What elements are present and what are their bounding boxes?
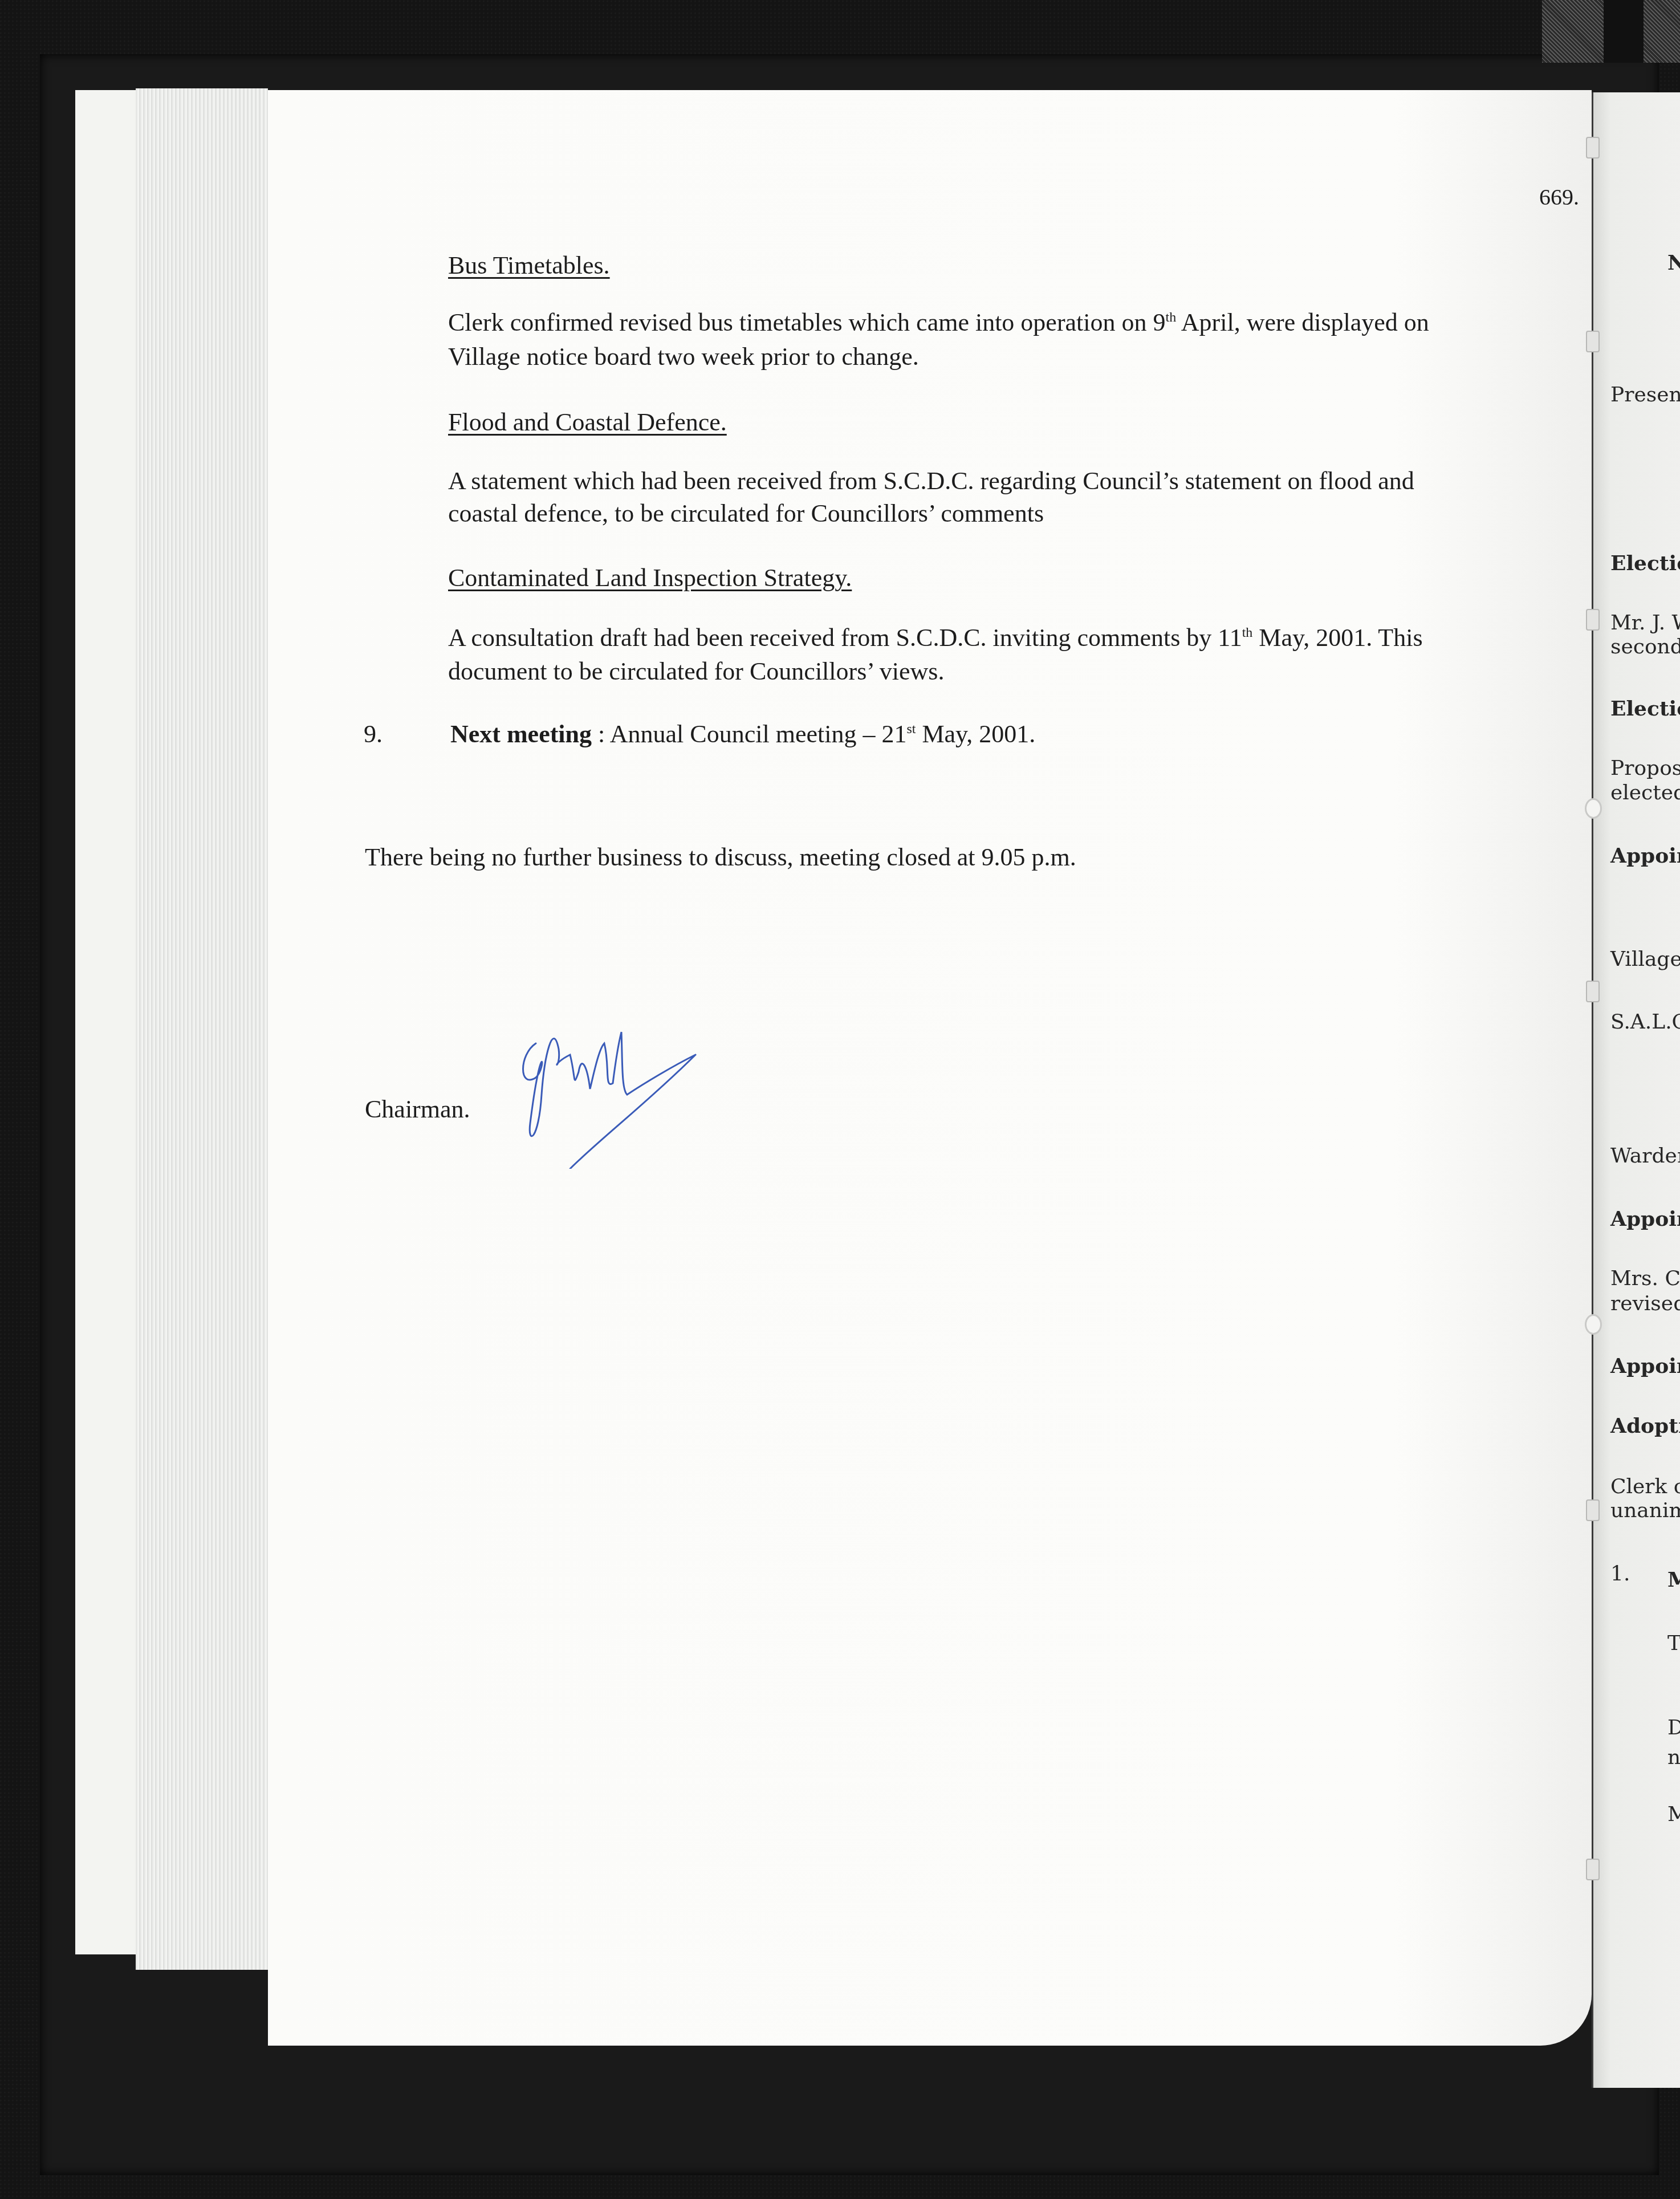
binding-ring (1585, 1314, 1602, 1335)
facing-fragment: 1. (1610, 1562, 1630, 1586)
facing-fragment: seconded (1610, 635, 1680, 659)
binding-clip (1586, 609, 1600, 631)
facing-fragment: D (1667, 1716, 1680, 1739)
facing-fragment: S.A.L.C. (1610, 1010, 1680, 1034)
section-heading-flood-defence: Flood and Coastal Defence. (448, 408, 727, 437)
minutes-page (268, 90, 1592, 2046)
facing-fragment: unanimou (1610, 1499, 1680, 1522)
bus-timetables-line-2: Village notice board two week prior to c… (448, 342, 919, 371)
facing-fragment: M (1667, 1803, 1680, 1826)
page-number: 669. (1539, 184, 1579, 210)
binding-clip (1586, 137, 1600, 158)
facing-fragment: Election o (1610, 697, 1680, 721)
facing-fragment: Appointm (1610, 844, 1680, 868)
facing-fragment: Election o (1610, 551, 1680, 575)
flood-defence-line-1: A statement which had been received from… (448, 466, 1414, 495)
section-heading-contaminated-land: Contaminated Land Inspection Strategy. (448, 563, 852, 592)
spine-gap (1604, 0, 1644, 63)
binding-clip (1586, 981, 1600, 1002)
item-9-next-meeting: Next meeting : Annual Council meeting – … (450, 720, 1035, 749)
facing-fragment: N (1667, 251, 1680, 275)
bus-timetables-line-1: Clerk confirmed revised bus timetables w… (448, 308, 1429, 337)
facing-fragment: Appointm (1610, 1207, 1680, 1231)
page-stack-edge (136, 88, 268, 1970)
binding-ring (1585, 798, 1602, 819)
binding-clip (1586, 1499, 1600, 1521)
binding-clip (1586, 1859, 1600, 1880)
chairman-signature (513, 1009, 764, 1169)
facing-fragment: T (1667, 1632, 1680, 1655)
chairman-label: Chairman. (365, 1095, 470, 1124)
facing-fragment: Present: (1610, 383, 1680, 407)
facing-fragment: n (1667, 1746, 1680, 1769)
flood-defence-line-2: coastal defence, to be circulated for Co… (448, 499, 1044, 528)
facing-fragment: Proposed (1610, 757, 1680, 780)
facing-fragment: Warden o (1610, 1144, 1680, 1168)
facing-fragment: Village H (1610, 948, 1680, 971)
facing-fragment: Mrs. Che (1610, 1267, 1680, 1290)
contaminated-land-line-2: document to be circulated for Councillor… (448, 657, 944, 686)
closing-statement: There being no further business to discu… (365, 843, 1076, 872)
binder-spine (1542, 0, 1680, 63)
facing-fragment: revised sa (1610, 1292, 1680, 1315)
facing-page: N Present: Election o Mr. J. Wa seconded… (1592, 92, 1680, 2088)
facing-fragment: Mr. J. Wa (1610, 611, 1680, 635)
contaminated-land-line-1: A consultation draft had been received f… (448, 623, 1423, 652)
facing-fragment: elected fo (1610, 781, 1680, 804)
item-number: 9. (364, 720, 383, 749)
facing-fragment: M (1667, 1568, 1680, 1592)
binding-clip (1586, 331, 1600, 352)
facing-fragment: Appointm (1610, 1354, 1680, 1378)
flyleaf (75, 90, 136, 1954)
section-heading-bus-timetables: Bus Timetables. (448, 251, 610, 280)
facing-fragment: Clerk con (1610, 1475, 1680, 1498)
facing-fragment: Adoption (1610, 1414, 1680, 1438)
